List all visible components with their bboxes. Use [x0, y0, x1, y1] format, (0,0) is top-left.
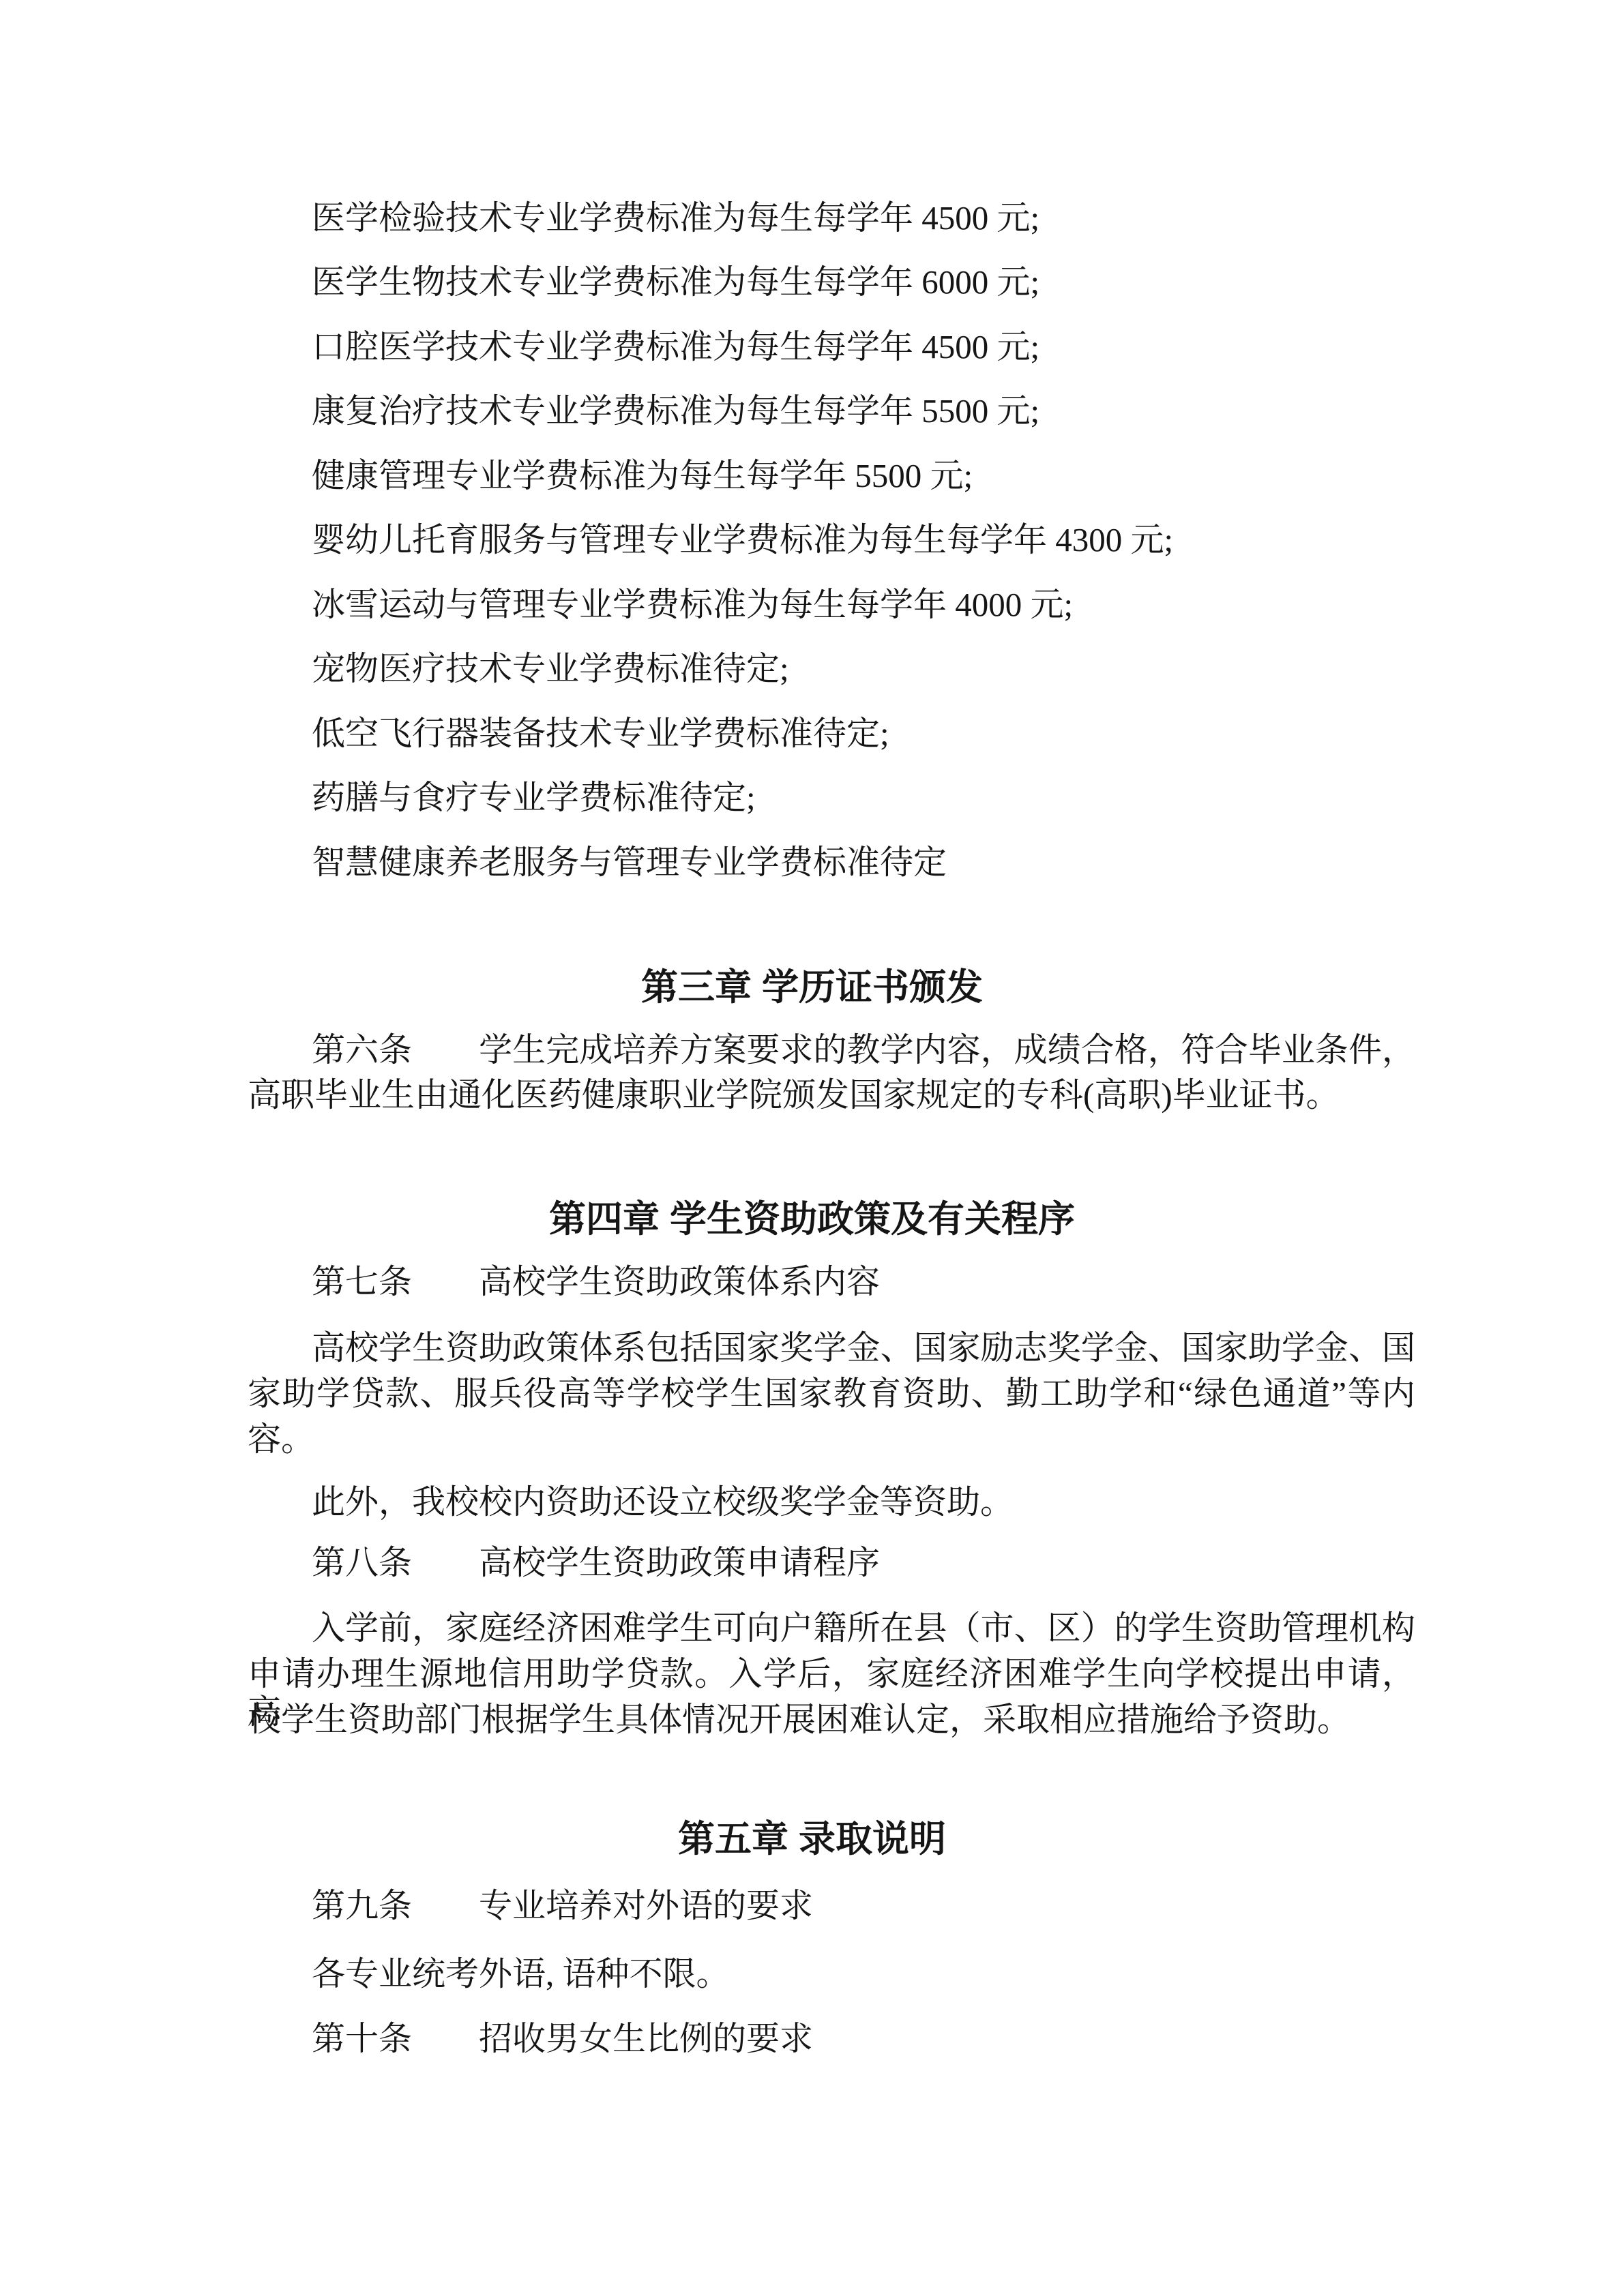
fee-item-3: 口腔医学技术专业学费标准为每生每学年 4500 元; [312, 328, 1039, 366]
fee-item-4: 康复治疗技术专业学费标准为每生每学年 5500 元; [312, 392, 1039, 430]
article-6-line-2: 高职毕业生由通化医药健康职业学院颁发国家规定的专科(高职)毕业证书。 [248, 1076, 1340, 1114]
funding-policy-line-1: 高校学生资助政策体系包括国家奖学金、国家励志奖学金、国家助学金、国 [312, 1329, 1415, 1367]
document-page: 医学检验技术专业学费标准为每生每学年 4500 元; 医学生物技术专业学费标准为… [0, 0, 1624, 2296]
funding-policy-line-2: 家助学贷款、服兵役高等学校学生国家教育资助、勤工助学和“绿色通道”等内 [248, 1375, 1415, 1413]
fee-item-1: 医学检验技术专业学费标准为每生每学年 4500 元; [312, 199, 1039, 237]
fee-item-9: 低空飞行器装备技术专业学费标准待定; [312, 715, 889, 753]
article-7-heading: 第七条 高校学生资助政策体系内容 [312, 1263, 880, 1301]
application-procedure-line-3: 校学生资助部门根据学生具体情况开展困难认定，采取相应措施给予资助。 [248, 1701, 1350, 1739]
fee-item-5: 健康管理专业学费标准为每生每学年 5500 元; [312, 457, 973, 495]
foreign-language-note: 各专业统考外语, 语种不限。 [312, 1955, 730, 1993]
fee-item-11: 智慧健康养老服务与管理专业学费标准待定 [312, 844, 947, 882]
application-procedure-line-1: 入学前，家庭经济困难学生可向户籍所在县（市、区）的学生资助管理机构 [312, 1609, 1415, 1648]
school-scholarship-note: 此外，我校校内资助还设立校级奖学金等资助。 [312, 1483, 1014, 1521]
fee-item-6: 婴幼儿托育服务与管理专业学费标准为每生每学年 4300 元; [312, 521, 1173, 559]
fee-item-8: 宠物医疗技术专业学费标准待定; [312, 650, 789, 688]
funding-policy-line-3: 容。 [248, 1420, 314, 1459]
article-9-heading: 第九条 专业培养对外语的要求 [312, 1887, 813, 1925]
fee-item-2: 医学生物技术专业学费标准为每生每学年 6000 元; [312, 263, 1039, 301]
fee-item-7: 冰雪运动与管理专业学费标准为每生每学年 4000 元; [312, 586, 1073, 624]
article-6-line-1: 第六条 学生完成培养方案要求的教学内容，成绩合格，符合毕业条件， [312, 1031, 1415, 1069]
fee-item-10: 药膳与食疗专业学费标准待定; [312, 779, 756, 817]
article-10-heading: 第十条 招收男女生比例的要求 [312, 2020, 813, 2058]
chapter-5-title: 第五章 录取说明 [0, 1819, 1624, 1860]
chapter-4-title: 第四章 学生资助政策及有关程序 [0, 1199, 1624, 1240]
article-8-heading: 第八条 高校学生资助政策申请程序 [312, 1544, 880, 1582]
chapter-3-title: 第三章 学历证书颁发 [0, 967, 1624, 1008]
